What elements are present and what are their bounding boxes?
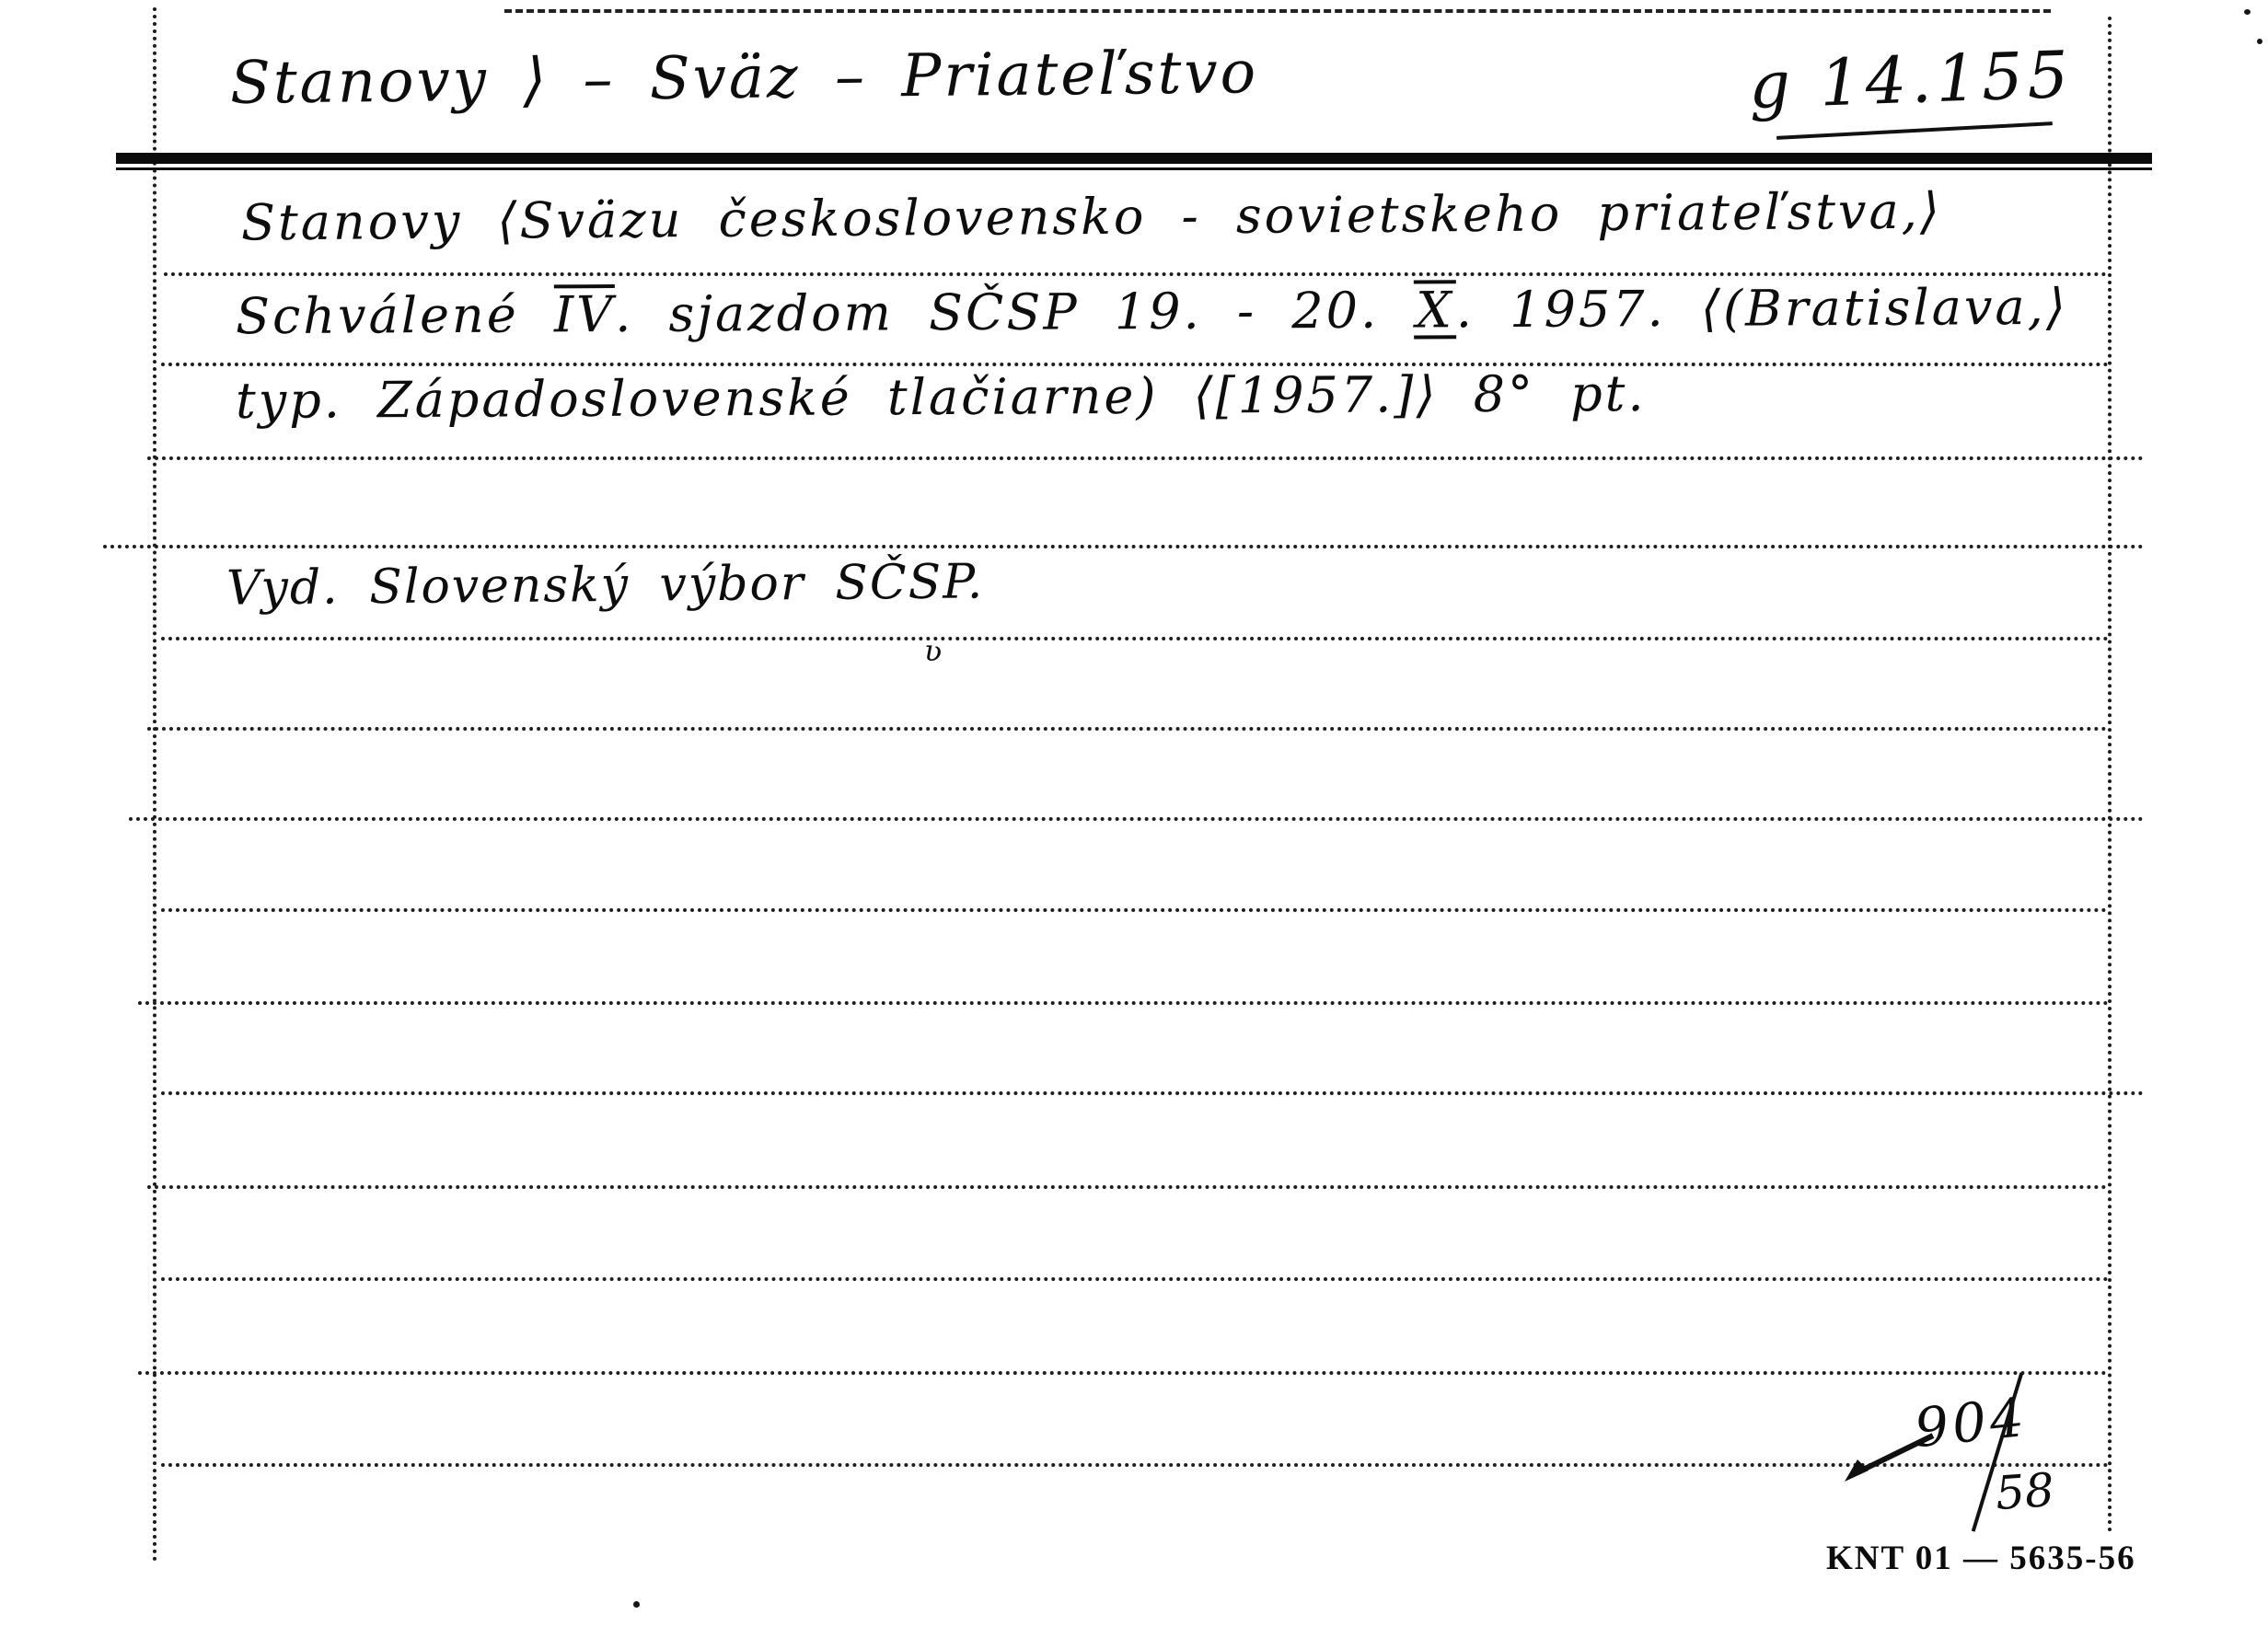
approval-text-pre: Schválené	[236, 285, 554, 345]
call-number-underline	[1776, 121, 2053, 140]
heading-rule	[116, 153, 2152, 164]
approval-line: Schválené IV. sjazdom SČSP 19. - 20. X. …	[236, 277, 2068, 345]
ruled-line	[161, 637, 2110, 640]
approval-text-post: . 1957.	[1456, 280, 1701, 339]
month-numeral: X	[1414, 280, 1456, 339]
card-right-border	[2108, 17, 2112, 1533]
scan-speck	[2244, 9, 2251, 15]
print-code: KNT 01 — 5635-56	[1826, 1539, 2136, 1578]
ruled-line	[161, 1463, 2110, 1467]
ruled-line	[147, 456, 2145, 460]
card-left-border	[153, 7, 156, 1563]
congress-numeral: IV	[554, 284, 616, 340]
approval-place: ⟨(Bratislava,⟩	[1701, 278, 2068, 338]
ruled-line	[103, 545, 2145, 548]
title-line: Stanovy ⟨Sväzu československo - sovietsk…	[241, 182, 1942, 252]
ruled-line	[161, 1277, 2110, 1281]
scan-speck	[633, 1601, 640, 1608]
publisher-line: Vyd. Slovenský výbor SČSP.	[226, 554, 985, 616]
subject-heading: Stanovy ⟩ – Sväz – Priateľstvo	[230, 39, 1259, 118]
ruled-line	[161, 908, 2108, 912]
arrow-icon	[1839, 1425, 1942, 1491]
ruled-line	[147, 727, 2108, 731]
ruled-line	[138, 1371, 2108, 1375]
scan-speck	[2257, 39, 2262, 44]
catalog-card: Stanovy ⟩ – Sväz – Priateľstvo g 14.155 …	[0, 0, 2268, 1638]
imprint-line: typ. Západoslovenské tlačiarne) ⟨[1957.]…	[236, 364, 1647, 430]
ruled-line	[129, 817, 2145, 821]
heading-rule-thin	[116, 167, 2152, 170]
ruled-line	[161, 1091, 2145, 1095]
stray-mark: ʋ	[924, 633, 942, 668]
accession-denominator: 58	[1994, 1463, 2056, 1520]
card-top-edge	[504, 9, 2051, 13]
ruled-line	[161, 363, 2110, 366]
ruled-line	[138, 1001, 2110, 1005]
call-number: g 14.155	[1748, 37, 2075, 123]
ruled-line	[147, 1185, 2108, 1189]
approval-text-mid: . sjazdom SČSP 19. - 20.	[615, 282, 1415, 344]
ruled-line	[164, 272, 2108, 276]
